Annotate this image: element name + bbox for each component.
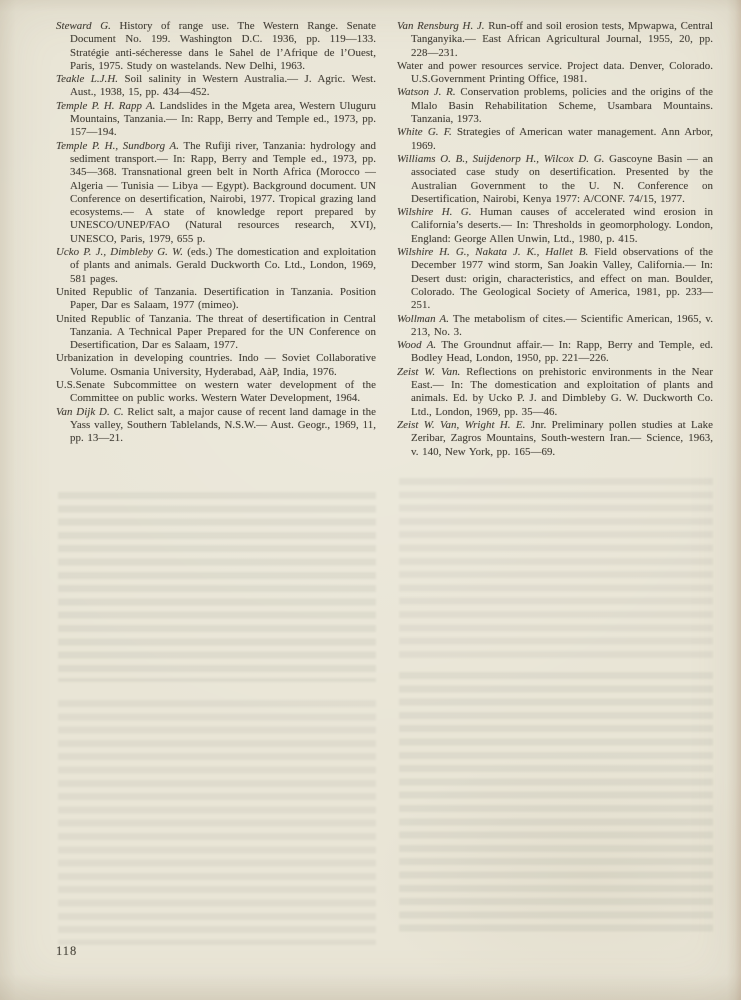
- bib-entry-text: Strategies of American water management.…: [411, 126, 713, 151]
- bib-entry: Teakle L.J.H. Soil salinity in Western A…: [56, 73, 376, 100]
- bib-entry-author: White G. F.: [397, 126, 452, 138]
- bleedthrough-ghost-text: [58, 492, 376, 682]
- bib-entry-author: Van Rensburg H. J.: [397, 20, 485, 32]
- bib-entry: Williams O. B., Suijdenorp H., Wilcox D.…: [397, 153, 713, 206]
- bleedthrough-ghost-text: [399, 672, 713, 932]
- bib-entry-text: Urbanization in developing countries. In…: [56, 352, 376, 377]
- bib-entry-author: Steward G.: [56, 20, 111, 32]
- bib-entry-text: United Republic of Tanzania. The threat …: [56, 313, 376, 352]
- bib-entry: White G. F. Strategies of American water…: [397, 126, 713, 153]
- bib-entry-author: Watson J. R.: [397, 86, 456, 98]
- bib-entry: Urbanization in developing countries. In…: [56, 352, 376, 379]
- bib-entry: Wilshire H. G., Nakata J. K., Hallet B. …: [397, 246, 713, 312]
- bib-entry-author: Zeist W. Van.: [397, 366, 460, 378]
- bib-entry-author: Ucko P. J., Dimbleby G. W.: [56, 246, 183, 258]
- bib-entry: U.S.Senate Subcommittee on western water…: [56, 379, 376, 406]
- bleedthrough-ghost-text: [399, 478, 713, 658]
- bibliography-column-left: Steward G. History of range use. The Wes…: [56, 20, 376, 446]
- bleedthrough-ghost-text: [58, 700, 376, 945]
- bib-entry: Wollman A. The metabolism of cites.— Sci…: [397, 313, 713, 340]
- bibliography-column-right: Van Rensburg H. J. Run-off and soil eros…: [397, 20, 713, 459]
- bib-entry-author: Zeist W. Van, Wright H. E.: [397, 419, 525, 431]
- page-number: 118: [56, 944, 77, 959]
- bib-entry: Watson J. R. Conservation problems, poli…: [397, 86, 713, 126]
- bib-entry: United Republic of Tanzania. The threat …: [56, 313, 376, 353]
- bib-entry-text: The Rufiji river, Tanzania: hydrology an…: [70, 140, 376, 245]
- bib-entry: Water and power resources service. Proje…: [397, 60, 713, 87]
- bib-entry-author: Wilshire H. G., Nakata J. K., Hallet B.: [397, 246, 588, 258]
- bib-entry: Ucko P. J., Dimbleby G. W. (eds.) The do…: [56, 246, 376, 286]
- bib-entry: Steward G. History of range use. The Wes…: [56, 20, 376, 73]
- bib-entry-author: Temple P. H., Sundborg A.: [56, 140, 179, 152]
- bib-entry-author: Wollman A.: [397, 313, 449, 325]
- bib-entry-author: Teakle L.J.H.: [56, 73, 118, 85]
- bib-entry-author: Williams O. B., Suijdenorp H., Wilcox D.…: [397, 153, 604, 165]
- bib-entry-author: Wood A.: [397, 339, 436, 351]
- bib-entry: Temple P. H. Rapp A. Landslides in the M…: [56, 100, 376, 140]
- bib-entry: Van Dijk D. C. Relict salt, a major caus…: [56, 406, 376, 446]
- bib-entry: Wood A. The Groundnut affair.— In: Rapp,…: [397, 339, 713, 366]
- bib-entry: Temple P. H., Sundborg A. The Rufiji riv…: [56, 140, 376, 246]
- bib-entry-text: The metabolism of cites.— Scientific Ame…: [411, 313, 713, 338]
- bib-entry: United Republic of Tanzania. Desertifica…: [56, 286, 376, 313]
- bib-entry-author: Temple P. H. Rapp A.: [56, 100, 155, 112]
- bib-entry-text: United Republic of Tanzania. Desertifica…: [56, 286, 376, 311]
- bib-entry: Zeist W. Van. Reflections on prehistoric…: [397, 366, 713, 419]
- bib-entry-author: Van Dijk D. C.: [56, 406, 124, 418]
- scanned-book-page: Steward G. History of range use. The Wes…: [0, 0, 741, 1000]
- bib-entry: Wilshire H. G. Human causes of accelerat…: [397, 206, 713, 246]
- bib-entry-text: The Groundnut affair.— In: Rapp, Berry a…: [411, 339, 713, 364]
- bib-entry-text: U.S.Senate Subcommittee on western water…: [56, 379, 376, 404]
- bib-entry-text: History of range use. The Western Range.…: [70, 20, 376, 72]
- bib-entry-text: Water and power resources service. Proje…: [397, 60, 713, 85]
- bib-entry: Zeist W. Van, Wright H. E. Jnr. Prelimin…: [397, 419, 713, 459]
- bib-entry: Van Rensburg H. J. Run-off and soil eros…: [397, 20, 713, 60]
- bib-entry-author: Wilshire H. G.: [397, 206, 471, 218]
- bib-entry-text: Conservation problems, policies and the …: [411, 86, 713, 125]
